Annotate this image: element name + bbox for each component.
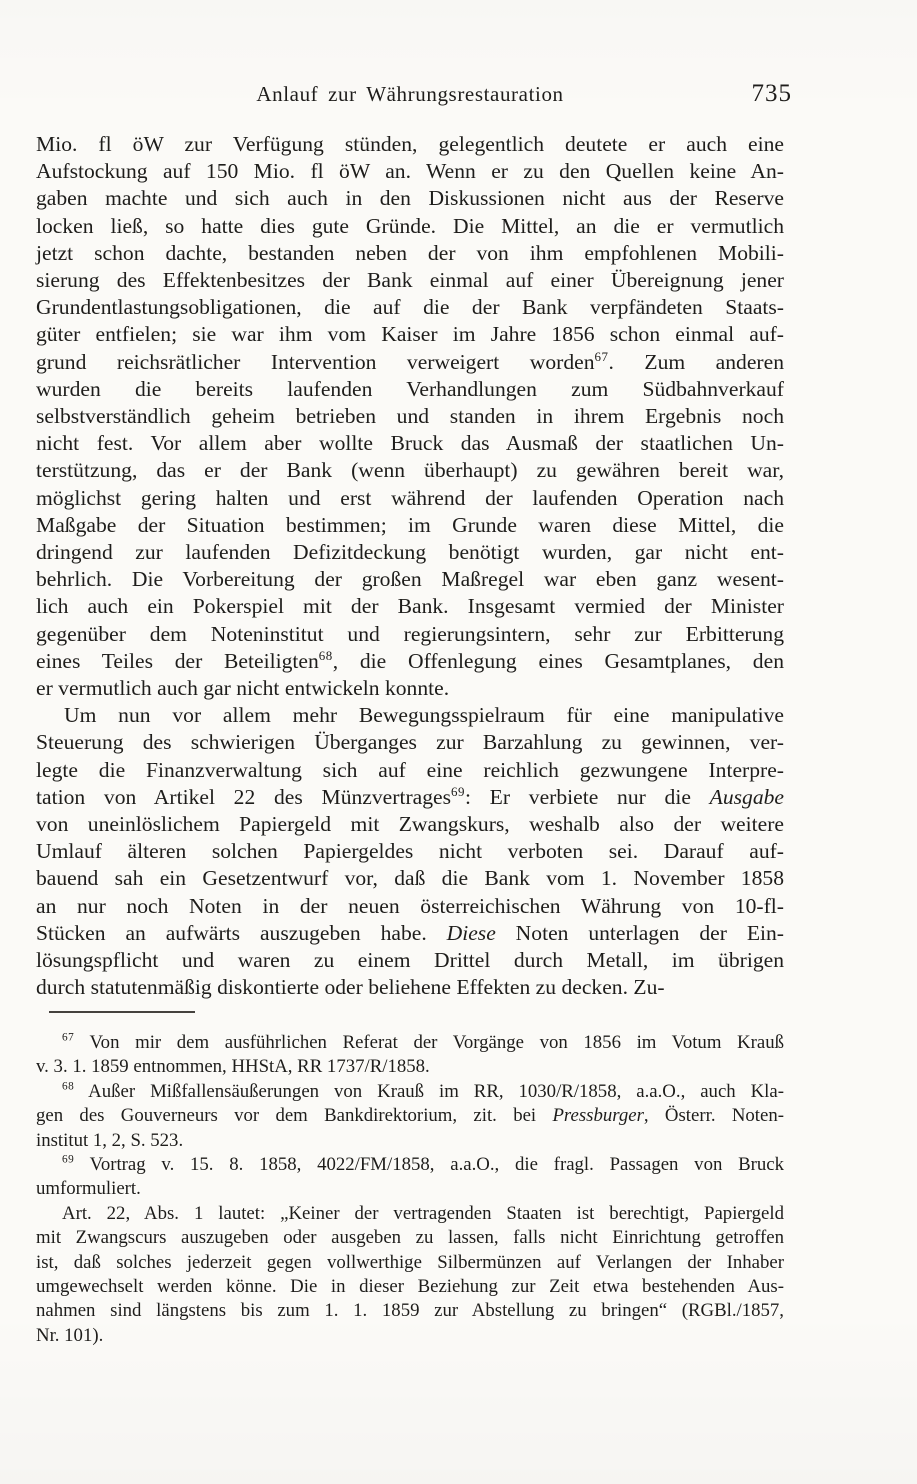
text-segment: institut 1, 2, S. 523. [36,1130,183,1151]
text-line: terstützung, das er der Bank (wenn überh… [36,457,784,484]
text-segment: wurden die bereits laufenden Verhandlung… [36,377,784,401]
text-line: umgewechselt werden könne. Die in dieser… [36,1275,784,1299]
text-segment: Stücken an aufwärts auszugeben habe. [36,921,447,945]
text-segment: Aufstockung auf 150 Mio. fl öW an. Wenn … [36,159,784,183]
text-line: Grundentlastungsobligationen, die auf di… [36,294,784,321]
text-line: tation von Artikel 22 des Münzvertrages6… [36,784,784,811]
text-line: grund reichsrätlicher Intervention verwe… [36,349,784,376]
text-line: von uneinlöslichem Papiergeld mit Zwangs… [36,811,784,838]
text-line: sierung des Effektenbesitzes der Bank ei… [36,267,784,294]
text-line: güter entfielen; sie war ihm vom Kaiser … [36,321,784,348]
text-line: wurden die bereits laufenden Verhandlung… [36,376,784,403]
text-segment: gen des Gouverneurs vor dem Bankdirektor… [36,1105,552,1126]
text-segment: Noten unterlagen der Ein- [496,921,784,945]
text-line: lich auch ein Pokerspiel mit der Bank. I… [36,593,784,620]
running-head: Anlauf zur Währungsrestauration 735 [36,80,784,110]
text-segment: behrlich. Die Vorbereitung der großen Ma… [36,567,784,591]
footnotes-block: 67 Von mir dem ausführlichen Referat der… [36,1031,784,1348]
text-line: dringend zur laufenden Defizitdeckung be… [36,539,784,566]
text-line: an nur noch Noten in der neuen österreic… [36,893,784,920]
text-segment: an nur noch Noten in der neuen österreic… [36,894,784,918]
text-segment: . Zum anderen [608,350,784,374]
text-line: ist, daß solches jederzeit gegen vollwer… [36,1251,784,1275]
text-line: gegenüber dem Noteninstitut und regierun… [36,621,784,648]
text-line: lösungspflicht und waren zu einem Dritte… [36,947,784,974]
text-segment: ist, daß solches jederzeit gegen vollwer… [36,1252,784,1273]
text-segment: terstützung, das er der Bank (wenn überh… [36,458,784,482]
text-line: Um nun vor allem mehr Bewegungsspielraum… [36,702,784,729]
text-segment: jetzt schon dachte, bestanden neben der … [36,241,784,265]
text-line: Aufstockung auf 150 Mio. fl öW an. Wenn … [36,158,784,185]
text-segment: Art. 22, Abs. 1 lautet: „Keiner der vert… [62,1203,784,1224]
text-segment: Maßgabe der Situation bestimmen; im Grun… [36,513,784,537]
text-segment: Nr. 101). [36,1325,103,1346]
text-line: selbstverständlich geheim betrieben und … [36,403,784,430]
text-line: 67 Von mir dem ausführlichen Referat der… [36,1031,784,1055]
text-segment: Vortrag v. 15. 8. 1858, 4022/FM/1858, a.… [74,1154,784,1175]
text-line: v. 3. 1. 1859 entnommen, HHStA, RR 1737/… [36,1055,784,1079]
text-segment: eines Teiles der Beteiligten [36,649,319,673]
footnote-separator [49,1011,195,1013]
text-segment: Außer Mißfallensäußerungen von Krauß im … [74,1081,784,1102]
text-line: Steuerung des schwierigen Überganges zur… [36,729,784,756]
text-line: Umlauf älteren solchen Papiergeldes nich… [36,838,784,865]
text-segment: Mio. fl öW zur Verfügung stünden, gelege… [36,132,784,156]
footnote-ref: 68 [62,1081,74,1093]
emphasis-text: Pressburger [552,1105,643,1126]
text-line: bauend sah ein Gesetzentwurf vor, daß di… [36,865,784,892]
text-line: Mio. fl öW zur Verfügung stünden, gelege… [36,131,784,158]
text-line: legte die Finanzverwaltung sich auf eine… [36,757,784,784]
text-line: Art. 22, Abs. 1 lautet: „Keiner der vert… [36,1202,784,1226]
text-segment: locken ließ, so hatte dies gute Gründe. … [36,214,784,238]
footnote-ref: 69 [62,1154,74,1166]
text-segment: Umlauf älteren solchen Papiergeldes nich… [36,839,784,863]
text-segment: Steuerung des schwierigen Überganges zur… [36,730,784,754]
text-segment: er vermutlich auch gar nicht entwickeln … [36,676,449,700]
text-segment: von uneinlöslichem Papiergeld mit Zwangs… [36,812,784,836]
text-segment: mit Zwangscurs auszugeben oder ausgeben … [36,1227,784,1248]
text-line: umformuliert. [36,1177,784,1201]
text-segment: nahmen sind längstens bis zum 1. 1. 1859… [36,1300,784,1321]
text-segment: gaben machte und sich auch in den Diskus… [36,186,784,210]
text-line: gen des Gouverneurs vor dem Bankdirektor… [36,1104,784,1128]
text-line: Stücken an aufwärts auszugeben habe. Die… [36,920,784,947]
footnote-ref: 69 [451,784,465,799]
text-segment: grund reichsrätlicher Intervention verwe… [36,350,595,374]
main-text-block: Mio. fl öW zur Verfügung stünden, gelege… [36,131,784,1002]
text-segment: umformuliert. [36,1178,141,1199]
text-segment: v. 3. 1. 1859 entnommen, HHStA, RR 1737/… [36,1056,430,1077]
text-segment: umgewechselt werden könne. Die in dieser… [36,1276,784,1297]
text-line: möglichst gering halten und erst während… [36,485,784,512]
text-segment: selbstverständlich geheim betrieben und … [36,404,784,428]
text-segment: , die Offenlegung eines Gesamtplanes, de… [333,649,784,673]
text-segment: bauend sah ein Gesetzentwurf vor, daß di… [36,866,784,890]
text-line: er vermutlich auch gar nicht entwickeln … [36,675,784,702]
text-line: behrlich. Die Vorbereitung der großen Ma… [36,566,784,593]
footnote-ref: 67 [595,348,609,363]
text-segment: : Er verbiete nur die [465,785,710,809]
text-segment: , Österr. Noten- [644,1105,784,1126]
footnote-ref: 67 [62,1032,74,1044]
text-segment: möglichst gering halten und erst während… [36,486,784,510]
text-line: eines Teiles der Beteiligten68, die Offe… [36,648,784,675]
text-segment: dringend zur laufenden Defizitdeckung be… [36,540,784,564]
text-segment: lösungspflicht und waren zu einem Dritte… [36,948,784,972]
text-segment: nicht fest. Vor allem aber wollte Bruck … [36,431,784,455]
text-line: 69 Vortrag v. 15. 8. 1858, 4022/FM/1858,… [36,1153,784,1177]
book-page: Anlauf zur Währungsrestauration 735 Mio.… [0,0,917,1484]
text-segment: gegenüber dem Noteninstitut und regierun… [36,622,784,646]
text-segment: legte die Finanzverwaltung sich auf eine… [36,758,784,782]
text-line: Nr. 101). [36,1324,784,1348]
text-segment: güter entfielen; sie war ihm vom Kaiser … [36,322,784,346]
chapter-title: Anlauf zur Währungsrestauration [36,82,784,107]
emphasis-text: Diese [447,921,496,945]
text-line: 68 Außer Mißfallensäußerungen von Krauß … [36,1080,784,1104]
text-line: Maßgabe der Situation bestimmen; im Grun… [36,512,784,539]
text-line: durch statutenmäßig diskontierte oder be… [36,974,784,1001]
text-segment: durch statutenmäßig diskontierte oder be… [36,975,665,999]
text-segment: lich auch ein Pokerspiel mit der Bank. I… [36,594,784,618]
footnote-ref: 68 [319,648,333,663]
text-line: gaben machte und sich auch in den Diskus… [36,185,784,212]
text-line: nahmen sind längstens bis zum 1. 1. 1859… [36,1299,784,1323]
emphasis-text: Ausgabe [710,785,784,809]
text-segment: Von mir dem ausführlichen Referat der Vo… [74,1032,784,1053]
text-line: institut 1, 2, S. 523. [36,1129,784,1153]
text-segment: sierung des Effektenbesitzes der Bank ei… [36,268,784,292]
text-line: locken ließ, so hatte dies gute Gründe. … [36,213,784,240]
text-segment: Grundentlastungsobligationen, die auf di… [36,295,784,319]
text-line: nicht fest. Vor allem aber wollte Bruck … [36,430,784,457]
text-segment: tation von Artikel 22 des Münzvertrages [36,785,451,809]
page-number: 735 [752,80,793,108]
text-line: jetzt schon dachte, bestanden neben der … [36,240,784,267]
text-line: mit Zwangscurs auszugeben oder ausgeben … [36,1226,784,1250]
text-segment: Um nun vor allem mehr Bewegungsspielraum… [64,703,784,727]
